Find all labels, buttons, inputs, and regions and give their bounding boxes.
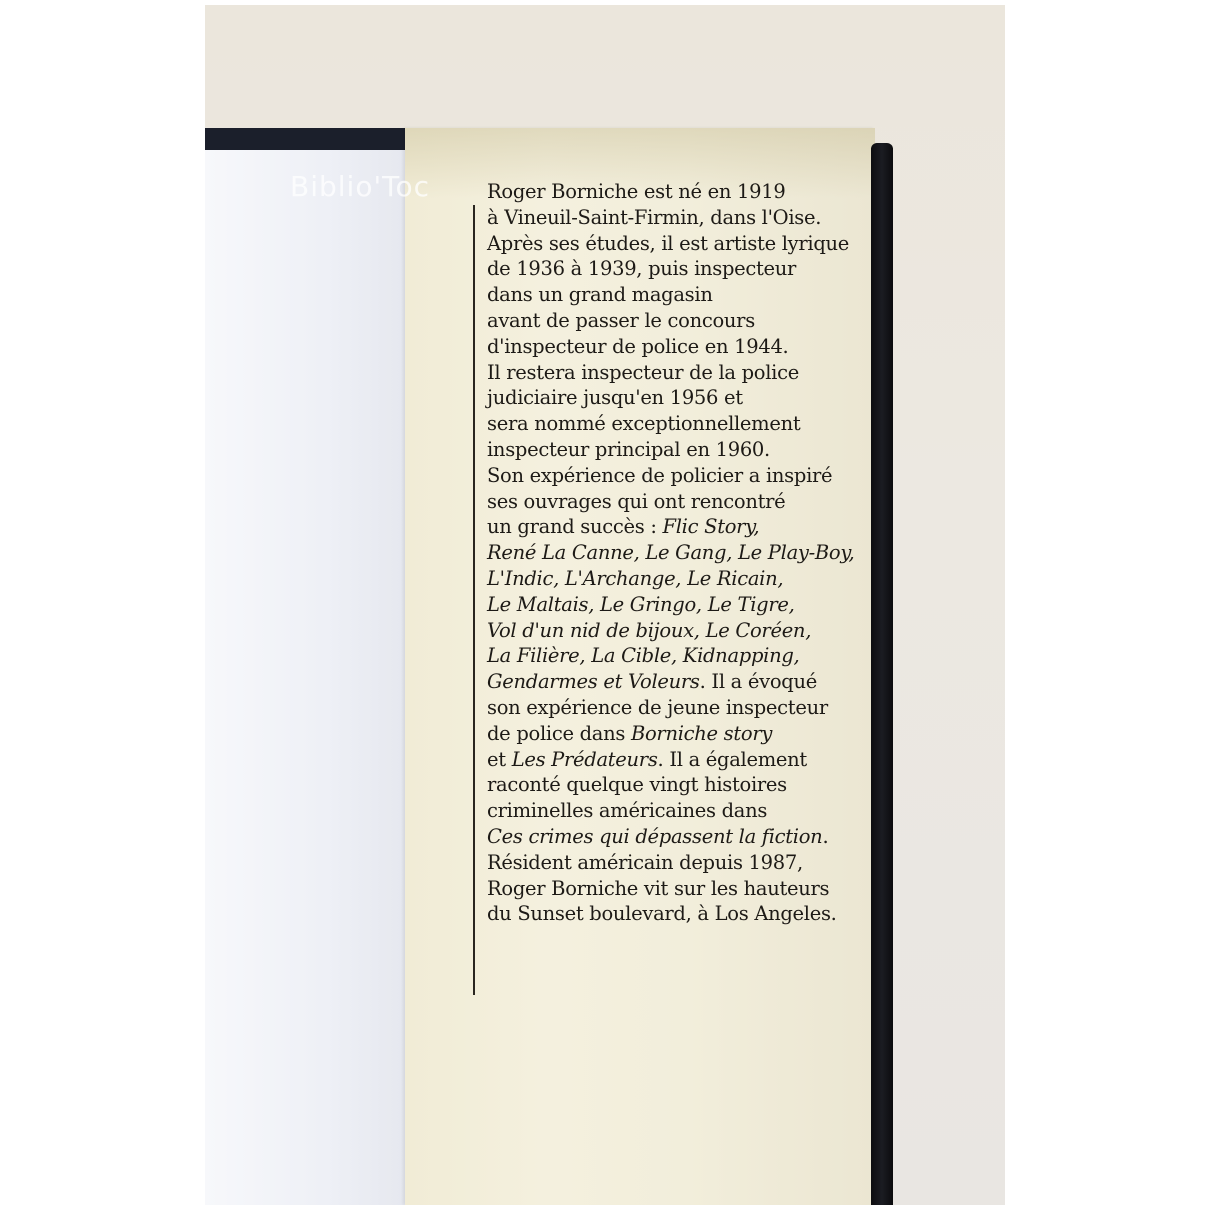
bio-line: La Filière, La Cible, Kidnapping, (487, 643, 907, 669)
book-titles: René La Canne, Le Gang, Le Play-Boy, (487, 541, 854, 564)
book-photo: Biblio'Toc Roger Borniche est né en 1919… (205, 5, 1005, 1205)
bio-line: criminelles américaines dans (487, 798, 907, 824)
bio-text: . Il a également (658, 748, 807, 771)
bio-line: raconté quelque vingt histoires (487, 772, 907, 798)
vertical-rule (473, 205, 475, 995)
bio-line: Ces crimes qui dépassent la fiction. (487, 824, 907, 850)
book-title: Ces crimes qui dépassent la fiction (487, 825, 822, 848)
bio-line: dans un grand magasin (487, 282, 907, 308)
watermark-logo: Biblio'Toc (290, 170, 430, 203)
bio-line: René La Canne, Le Gang, Le Play-Boy, (487, 540, 907, 566)
bio-line: inspecteur principal en 1960. (487, 437, 907, 463)
bio-text: de police dans (487, 722, 631, 745)
author-biography: Roger Borniche est né en 1919 à Vineuil-… (487, 179, 907, 927)
book-title: Gendarmes et Voleurs (487, 670, 700, 693)
bio-line: de 1936 à 1939, puis inspecteur (487, 256, 907, 282)
bio-line: d'inspecteur de police en 1944. (487, 334, 907, 360)
bio-line: Son expérience de policier a inspiré (487, 463, 907, 489)
book-titles: L'Indic, L'Archange, Le Ricain, (487, 567, 783, 590)
bio-line: son expérience de jeune inspecteur (487, 695, 907, 721)
bio-line: sera nommé exceptionnellement (487, 411, 907, 437)
bio-line: Vol d'un nid de bijoux, Le Coréen, (487, 618, 907, 644)
bio-text: un grand succès : (487, 515, 663, 538)
book-title: Borniche story (631, 722, 772, 745)
bio-text: . (822, 825, 828, 848)
bio-line: Résident américain depuis 1987, (487, 850, 907, 876)
book-cover-top-edge (205, 128, 410, 150)
bio-line: Il restera inspecteur de la police (487, 360, 907, 386)
bio-line: Roger Borniche vit sur les hauteurs (487, 876, 907, 902)
book-title: Flic Story, (663, 515, 760, 538)
book-titles: La Filière, La Cible, Kidnapping, (487, 644, 799, 667)
bio-line: un grand succès : Flic Story, (487, 514, 907, 540)
book-titles: Vol d'un nid de bijoux, Le Coréen, (487, 619, 811, 642)
bio-line: du Sunset boulevard, à Los Angeles. (487, 901, 907, 927)
bio-line: de police dans Borniche story (487, 721, 907, 747)
bio-line: à Vineuil-Saint-Firmin, dans l'Oise. (487, 205, 907, 231)
bio-line: Roger Borniche est né en 1919 (487, 179, 907, 205)
bio-text: . Il a évoqué (700, 670, 817, 693)
book-endpaper (205, 150, 405, 1205)
book-titles: Le Maltais, Le Gringo, Le Tigre, (487, 593, 795, 616)
bio-line: ses ouvrages qui ont rencontré (487, 489, 907, 515)
book-title: Les Prédateurs (512, 748, 658, 771)
bio-line: Le Maltais, Le Gringo, Le Tigre, (487, 592, 907, 618)
bio-line: et Les Prédateurs. Il a également (487, 747, 907, 773)
bio-line: Gendarmes et Voleurs. Il a évoqué (487, 669, 907, 695)
bio-line: judiciaire jusqu'en 1956 et (487, 385, 907, 411)
bio-line: avant de passer le concours (487, 308, 907, 334)
bio-text: et (487, 748, 512, 771)
bio-line: Après ses études, il est artiste lyrique (487, 231, 907, 257)
bio-line: L'Indic, L'Archange, Le Ricain, (487, 566, 907, 592)
